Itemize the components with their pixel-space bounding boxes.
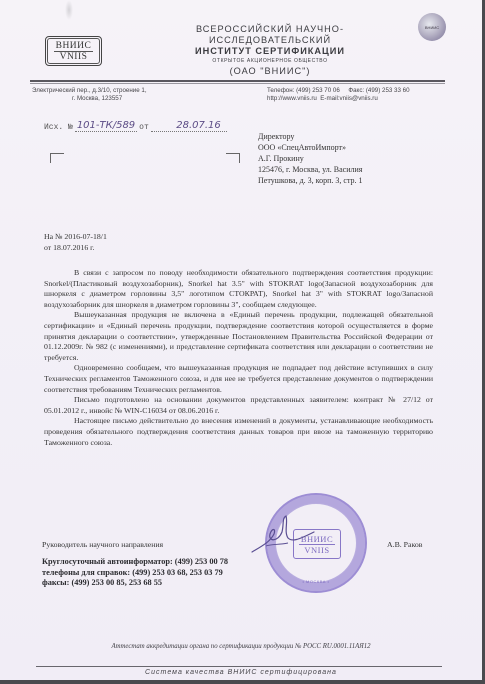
header-divider [30,80,445,82]
outgoing-label: Исх. № [44,123,73,132]
recipient-line: А.Г. Прокину [258,153,363,164]
org-line-3: ОТКРЫТОЕ АКЦИОНЕРНОЕ ОБЩЕСТВО [140,57,400,65]
logo-ru-text: ВНИИС [54,41,94,52]
letter-body: В связи с запросом по поводу необходимос… [44,268,433,448]
scan-smudge [65,0,73,20]
reference-date: от 18.07.2016 г. [44,243,107,254]
outgoing-date-value: 28.07.16 [151,120,227,132]
body-paragraph: Настоящее письмо действительно до внесен… [44,416,433,448]
recipient-line: Директору [258,131,363,142]
handwritten-signature-icon [248,512,318,556]
recipient-line: ООО «СпецАвтоИмпорт» [258,142,363,153]
hotline-phones: телефоны для справок: (499) 253 03 68, 2… [42,568,228,579]
signer-name: А.В. Раков [387,540,422,549]
hologram-text: ВНИИС [425,25,439,30]
outgoing-number-value: 101-ТК/589 [75,120,137,132]
address-line-1: Электрический пер., д.3/10, строение 1, [32,87,147,94]
address-line-2: г. Москва, 123557 [32,95,147,103]
hotline-autoinformer: Круглосуточный автоинформатор: (499) 253… [42,557,228,568]
org-line-2: ИНСТИТУТ СЕРТИФИКАЦИИ [140,46,400,57]
recipient-line: Петушкова, д. 3, корп. 3, стр. 1 [258,175,363,186]
stamp-city: • МОСКВА • [267,579,365,584]
outgoing-from-label: от [139,123,149,132]
hotline-faxes: факсы: (499) 253 00 85, 253 68 55 [42,578,228,589]
footer-divider [36,666,442,667]
body-paragraph: Письмо подготовлено на основании докумен… [44,395,433,416]
vniis-logo: ВНИИС VNIIS [45,36,102,66]
institute-address: Электрический пер., д.3/10, строение 1, … [32,87,147,103]
letter-page: ВНИИС VNIIS ВСЕРОССИЙСКИЙ НАУЧНО-ИССЛЕДО… [0,0,482,680]
org-line-1: ВСЕРОССИЙСКИЙ НАУЧНО-ИССЛЕДОВАТЕЛЬСКИЙ [140,24,400,46]
quality-system-note: Система качества ВНИИС сертифицирована [0,669,482,676]
accreditation-note: Аттестат аккредитации органа по сертифик… [0,643,482,650]
body-paragraph: В связи с запросом по поводу необходимос… [44,268,433,310]
reference-number: На № 2016-07-18/1 [44,232,107,243]
institute-contacts: Телефон: (499) 253 70 06 Факс: (499) 253… [267,87,410,103]
reference-block: На № 2016-07-18/1 от 18.07.2016 г. [44,232,107,253]
contacts-phone-fax: Телефон: (499) 253 70 06 Факс: (499) 253… [267,87,410,94]
recipient-line: 125476, г. Москва, ул. Василия [258,164,363,175]
body-paragraph: Одновременно сообщаем, что вышеуказанная… [44,363,433,395]
address-window-corner-left [50,153,64,163]
header-divider-thin [30,83,445,84]
hotline-block: Круглосуточный автоинформатор: (499) 253… [42,557,228,589]
signer-title: Руководитель научного направления [42,540,163,549]
address-window-corner-right [226,153,240,163]
recipient-block: Директору ООО «СпецАвтоИмпорт» А.Г. Прок… [258,131,363,186]
body-paragraph: Вышеуказанная продукция не включена в «Е… [44,310,433,363]
organization-name: ВСЕРОССИЙСКИЙ НАУЧНО-ИССЛЕДОВАТЕЛЬСКИЙ И… [140,24,400,77]
org-line-4: (ОАО "ВНИИС") [140,65,400,77]
hologram-sticker-icon: ВНИИС [418,13,446,41]
outgoing-number: Исх. № 101-ТК/589 от 28.07.16 [44,120,227,132]
logo-en-text: VNIIS [60,52,88,62]
contacts-web-email: http://www.vniis.ru E-mail:vniis@vniis.r… [267,95,378,102]
